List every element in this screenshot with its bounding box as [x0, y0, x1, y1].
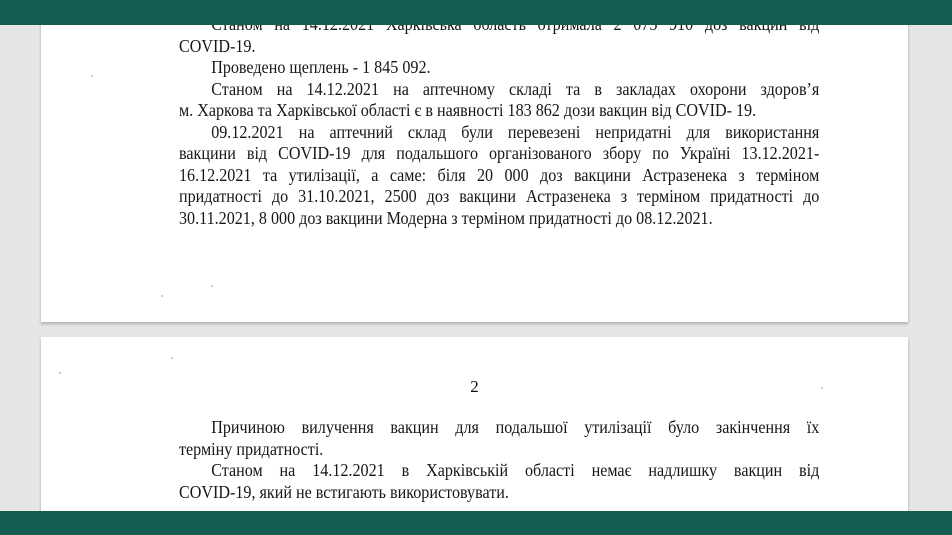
- bottom-frame-bar: [0, 511, 952, 535]
- scan-speck: [161, 295, 163, 297]
- text-line: 30.11.2021, 8 000 доз вакцини Модерна з …: [179, 208, 819, 230]
- page-2-text: Причиною вилучення вакцин для подальшої …: [179, 417, 819, 503]
- text-line: 09.12.2021 на аптечний склад були переве…: [179, 122, 819, 144]
- text-line: COVID-19.: [179, 36, 819, 58]
- page-number: 2: [41, 377, 908, 397]
- text-line: вакцини від COVID-19 для подальшого орга…: [179, 143, 819, 165]
- text-line: придатності до 31.10.2021, 2500 доз вакц…: [179, 186, 819, 208]
- text-line: Причиною вилучення вакцин для подальшої …: [179, 417, 819, 439]
- text-line: Станом на 14.12.2021 в Харківській облас…: [179, 460, 819, 482]
- text-line: терміну придатності.: [179, 439, 819, 461]
- text-line: м. Харкова та Харківської області є в на…: [179, 100, 819, 122]
- document-page-1: Станом на 14.12.2021 Харківська область …: [41, 0, 908, 322]
- document-page-2: 2 Причиною вилучення вакцин для подальшо…: [41, 337, 908, 535]
- top-frame-bar: [0, 0, 952, 25]
- text-line: Станом на 14.12.2021 на аптечному складі…: [179, 79, 819, 101]
- scan-speck: [59, 372, 61, 374]
- scan-speck: [821, 387, 823, 389]
- text-line: COVID-19, який не встигають використовув…: [179, 482, 819, 504]
- page-1-text: Станом на 14.12.2021 Харківська область …: [179, 14, 819, 229]
- scan-speck: [211, 285, 213, 287]
- scan-speck: [171, 357, 173, 359]
- text-line: Проведено щеплень - 1 845 092.: [179, 57, 819, 79]
- scan-speck: [91, 75, 93, 77]
- text-line: 16.12.2021 та утилізації, а саме: біля 2…: [179, 165, 819, 187]
